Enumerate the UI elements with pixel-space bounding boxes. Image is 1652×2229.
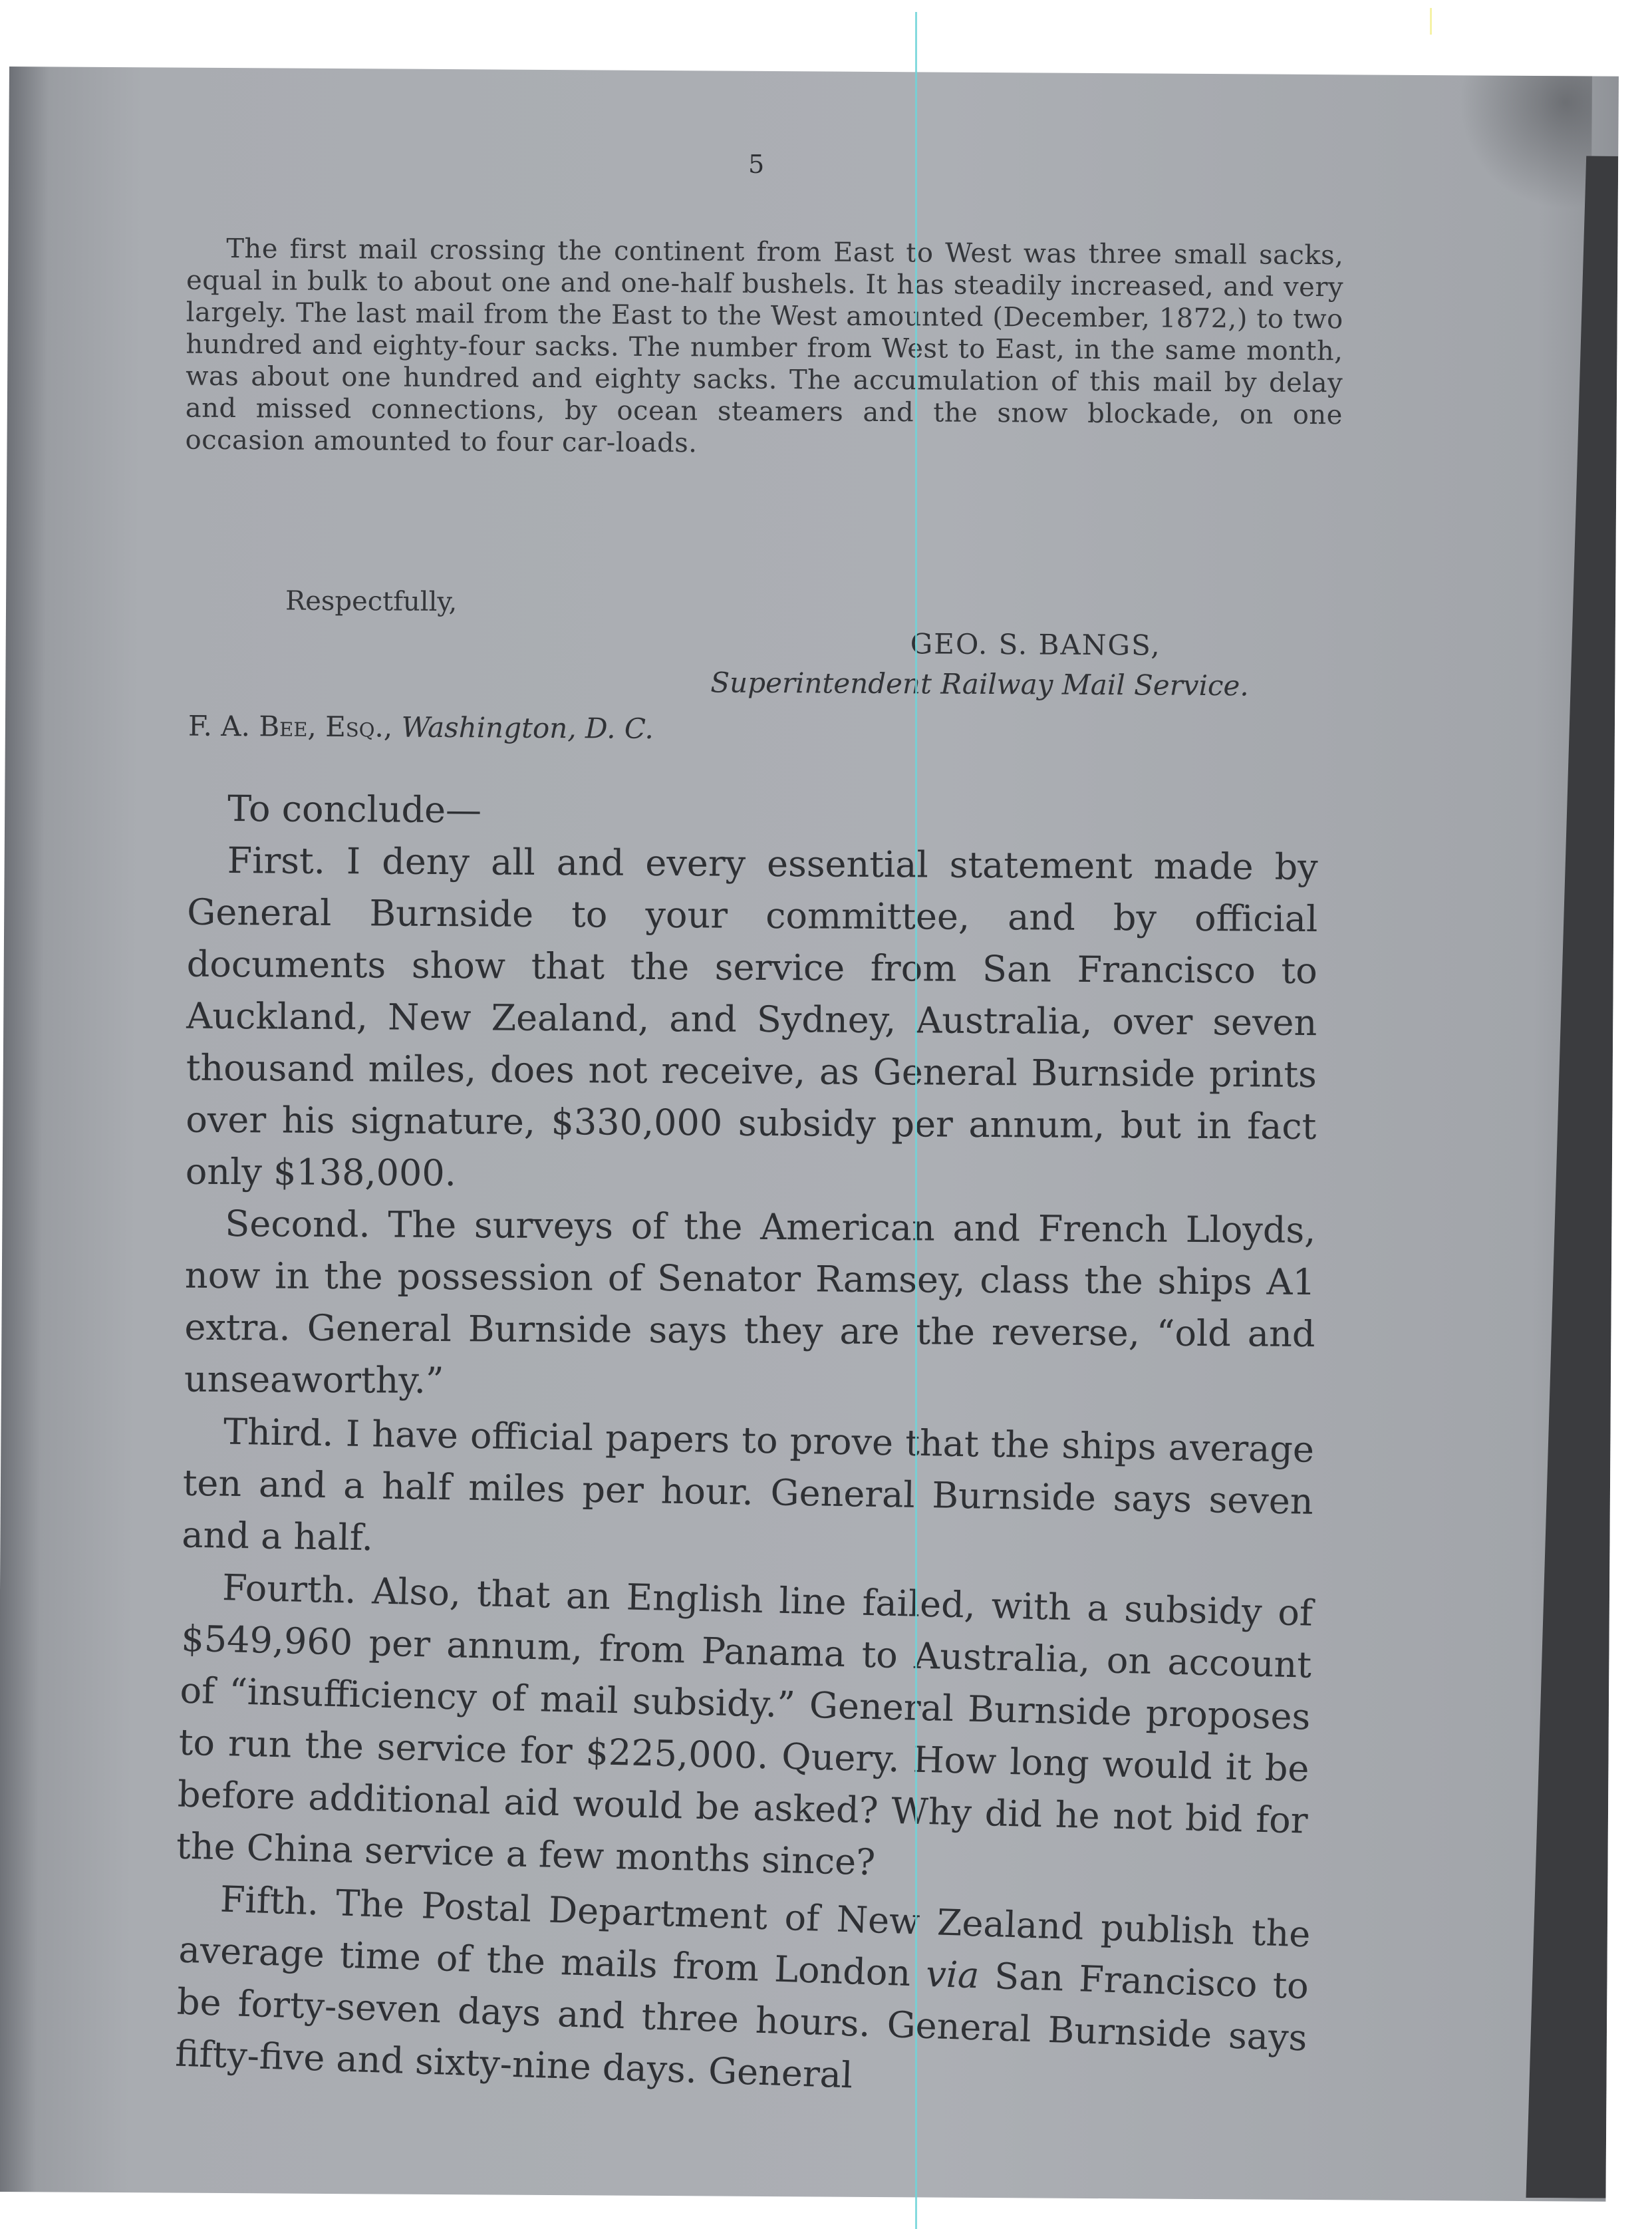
point-text: I have official papers to prove that the… <box>182 1413 1314 1559</box>
letter-closing: Respectfully, <box>285 586 458 618</box>
point-lead: Fifth. <box>219 1878 319 1924</box>
point-third: Third. I have official papers to prove t… <box>182 1406 1315 1580</box>
signer-name: GEO. S. BANGS, <box>910 627 1161 661</box>
addressee-place: Washington, D. C. <box>401 711 654 745</box>
point-lead: First. <box>227 839 326 882</box>
point-fourth: Fourth. Also, that an English line faile… <box>176 1561 1313 1899</box>
scanned-page: 5 The first mail crossing the continent … <box>0 67 1619 2202</box>
letter-paragraph: The first mail crossing the continent fr… <box>185 233 1343 464</box>
scan-artifact-mark <box>1430 8 1432 35</box>
page-number: 5 <box>748 150 764 179</box>
point-lead: Fourth. <box>222 1566 357 1612</box>
point-first: First. I deny all and every essential st… <box>186 835 1318 1205</box>
point-lead: Third. <box>223 1411 335 1455</box>
page-corner-shadow <box>1458 75 1592 209</box>
point-second: Second. The surveys of the American and … <box>184 1198 1316 1412</box>
conclusion-intro: To conclude— <box>188 783 1318 841</box>
scan-guide-line <box>915 12 917 2229</box>
page-edge-shadow <box>1526 156 1618 2198</box>
signer-title: Superintendent Railway Mail Service. <box>710 666 1249 702</box>
point-lead: Second. <box>225 1203 370 1245</box>
addressee-name: F. A. Bee, Esq., <box>188 710 393 744</box>
point-fifth: Fifth. The Postal Department of New Zeal… <box>174 1872 1311 2117</box>
point-text: Also, that an English line failed, with … <box>176 1570 1313 1883</box>
point-italic: via <box>925 1953 980 1997</box>
point-text: I deny all and every essential statement… <box>186 840 1318 1194</box>
addressee-line: F. A. Bee, Esq., Washington, D. C. <box>188 710 654 745</box>
letter-body: The first mail crossing the continent fr… <box>185 233 1343 464</box>
conclusion-section: To conclude— First. I deny all and every… <box>180 783 1319 2087</box>
